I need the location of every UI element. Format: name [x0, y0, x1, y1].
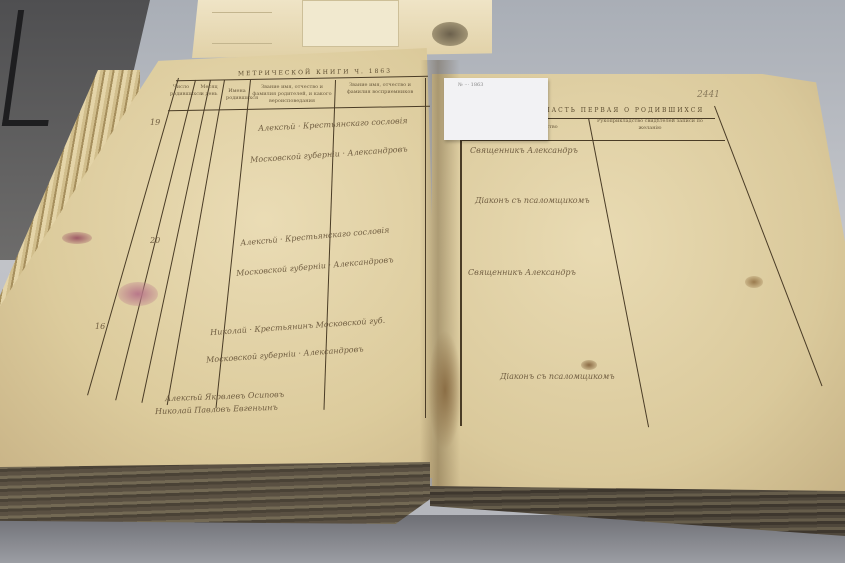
handwritten-entry: Діаконъ съ псаломщикомъ [500, 372, 615, 381]
col-head-names: Имена родившихся [226, 88, 248, 102]
ink-stain [62, 232, 92, 244]
col-head-godparents: Звание имя, отчество и фамилия восприемн… [340, 82, 420, 96]
sticky-note-text: № ··· 1863 [458, 82, 483, 88]
seal-stamp-icon [432, 22, 468, 46]
handwritten-entry: Священникъ Александръ [468, 268, 576, 277]
entry-number: 16 [95, 322, 105, 331]
handwritten-entry: Священникъ Александръ [470, 146, 578, 155]
sticky-note: № ··· 1863 [444, 78, 548, 140]
right-page-header: ЧАСТЬ ПЕРВАЯ О РОДИВШИХСЯ [545, 107, 704, 114]
paper-text-lines [212, 12, 272, 44]
col-head-witness-signatures: Рукоприкладство свидѣтелей записи по жел… [590, 118, 710, 132]
water-stain [581, 360, 597, 370]
column-rule [460, 118, 462, 426]
page-block-left [0, 462, 430, 524]
entry-number: 20 [150, 236, 160, 245]
water-stain [745, 276, 763, 288]
entry-number: 19 [150, 118, 160, 127]
ink-stain [118, 282, 158, 306]
column-rule [425, 78, 426, 418]
gutter-stain [428, 330, 462, 450]
page-number: 2441 [697, 90, 720, 100]
inner-document [302, 0, 399, 47]
background-papers [192, 0, 492, 58]
col-head-parents: Звание имя, отчество и фамилия родителей… [252, 84, 332, 105]
handwritten-entry: Діаконъ съ псаломщикомъ [475, 196, 590, 205]
